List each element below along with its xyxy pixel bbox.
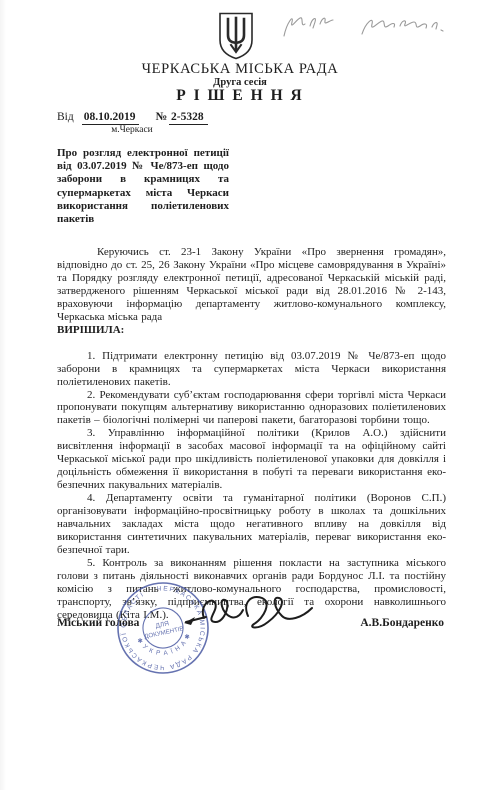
signatory-name: А.В.Бондаренко — [360, 617, 444, 629]
resolved-heading: ВИРІШИЛА: — [57, 324, 446, 337]
org-name: ЧЕРКАСЬКА МІСЬКА РАДА — [0, 61, 480, 78]
decision-item-4: 4. Департаменту освіти та гуманітарної п… — [57, 492, 446, 557]
number-label: № — [155, 111, 167, 123]
decision-item-3: 3. Управлінню інформаційної політики (Кр… — [57, 427, 446, 492]
preamble-paragraph: Керуючись ст. 23-1 Закону України «Про з… — [57, 246, 446, 324]
number-value: 2-5328 — [169, 111, 208, 125]
document-page: ЧЕРКАСЬКА МІСЬКА РАДА Друга сесія Р І Ш … — [0, 0, 480, 790]
date-value: 08.10.2019 — [82, 111, 140, 125]
signatory-position: Міський голова — [57, 617, 139, 629]
decision-item-1: 1. Підтримати електронну петицію від 03.… — [57, 350, 446, 389]
signature-ink — [182, 592, 318, 644]
date-label: Від — [57, 111, 74, 123]
date-number-line: Від08.10.2019№2-5328 — [57, 111, 208, 123]
decision-item-2: 2. Рекомендувати суб’єктам господарюванн… — [57, 389, 446, 428]
city-line: м.Черкаси — [57, 125, 207, 135]
body-text: Керуючись ст. 23-1 Закону України «Про з… — [57, 246, 446, 622]
handwritten-annotation — [278, 6, 453, 51]
subject-paragraph: Про розгляд електронної петиції від 03.0… — [57, 147, 229, 226]
document-type-title: Р І Ш Е Н Н Я — [0, 87, 480, 105]
coat-of-arms-icon — [217, 12, 255, 60]
